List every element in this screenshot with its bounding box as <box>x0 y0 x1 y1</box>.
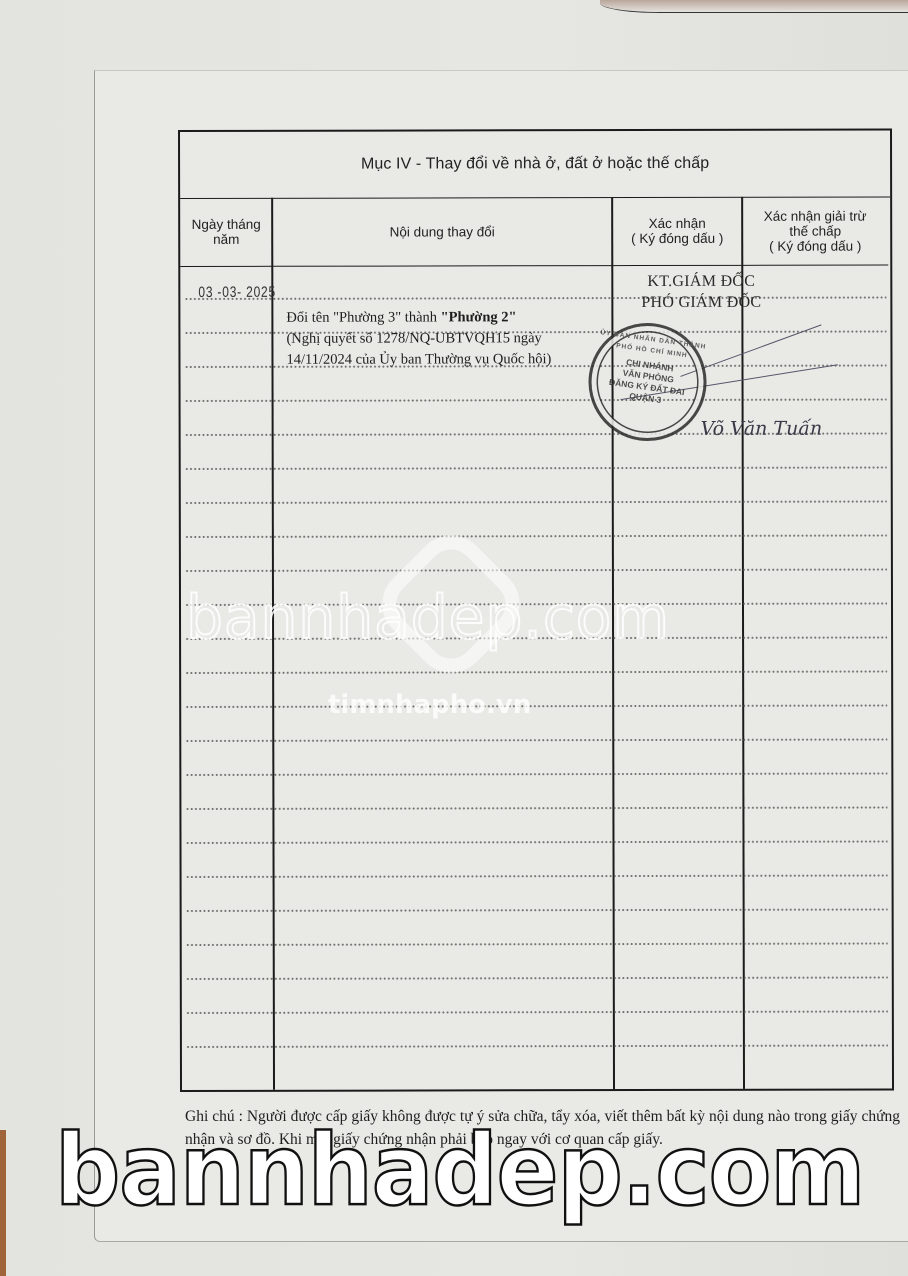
header-line: ( Ký đóng dấu ) <box>631 231 723 246</box>
content-line-2: (Nghị quyết số 1278/NQ-UBTVQH15 ngày <box>286 328 606 350</box>
official-stamp: ỦY BAN NHÂN DÂN THÀNH PHỐ HỒ CHÍ MINH CH… <box>581 315 714 448</box>
watermark-sub: timnhapho.vn <box>328 690 531 720</box>
dotted-line <box>185 399 887 402</box>
content-line-3: 14/11/2024 của Ủy ban Thường vụ Quốc hội… <box>286 349 606 371</box>
column-header-mortgage-release: Xác nhận giải trừ thế chấp ( Ký đóng dấu… <box>742 197 888 266</box>
dotted-line <box>184 297 886 300</box>
header-line: Xác nhận giải trừ <box>764 208 867 223</box>
dotted-line <box>186 943 888 946</box>
signer-title-line: KT.GIÁM ĐỐC <box>636 271 766 292</box>
dotted-line <box>185 467 887 470</box>
header-line: ( Ký đóng dấu ) <box>764 238 867 253</box>
table-edge-left <box>0 1130 6 1276</box>
signer-name: Võ Văn Tuấn <box>701 418 823 440</box>
dotted-line <box>185 569 887 572</box>
header-line: thế chấp <box>764 223 867 238</box>
signer-title-line: PHÓ GIÁM ĐỐC <box>636 292 766 313</box>
dotted-line <box>186 875 888 878</box>
dotted-line <box>185 739 887 742</box>
dotted-line <box>186 1045 888 1048</box>
header-line: Xác nhận <box>631 216 723 231</box>
section-title: Mục IV - Thay đổi về nhà ở, đất ở hoặc t… <box>180 131 890 199</box>
header-line: năm <box>192 232 261 247</box>
entry-content: Đổi tên "Phường 3" thành "Phường 2" (Ngh… <box>286 307 606 371</box>
dotted-line <box>185 705 887 708</box>
dotted-line <box>185 535 887 538</box>
dotted-line <box>185 841 887 844</box>
dotted-line <box>186 977 888 980</box>
header-line: Ngày tháng <box>192 217 261 232</box>
column-header-confirmation: Xác nhận ( Ký đóng dấu ) <box>612 197 742 266</box>
content-line-1: Đổi tên "Phường 3" thành "Phường 2" <box>286 307 606 329</box>
header-line: Nội dung thay đổi <box>390 224 495 239</box>
dotted-line <box>186 1011 888 1014</box>
dotted-line <box>185 671 887 674</box>
column-header-content: Nội dung thay đổi <box>272 197 612 267</box>
dotted-line <box>185 807 887 810</box>
watermark-bottom: bannhadep.com <box>55 1116 864 1226</box>
dotted-line <box>185 501 887 504</box>
watermark-center: bannhadep.com <box>186 583 670 653</box>
column-header-date: Ngày tháng năm <box>180 198 272 267</box>
dotted-line <box>186 909 888 912</box>
paper-edge-top <box>600 0 908 13</box>
entry-date: 03 -03- 2025 <box>198 284 276 301</box>
signer-title: KT.GIÁM ĐỐC PHÓ GIÁM ĐỐC <box>636 271 766 313</box>
dotted-line <box>185 773 887 776</box>
